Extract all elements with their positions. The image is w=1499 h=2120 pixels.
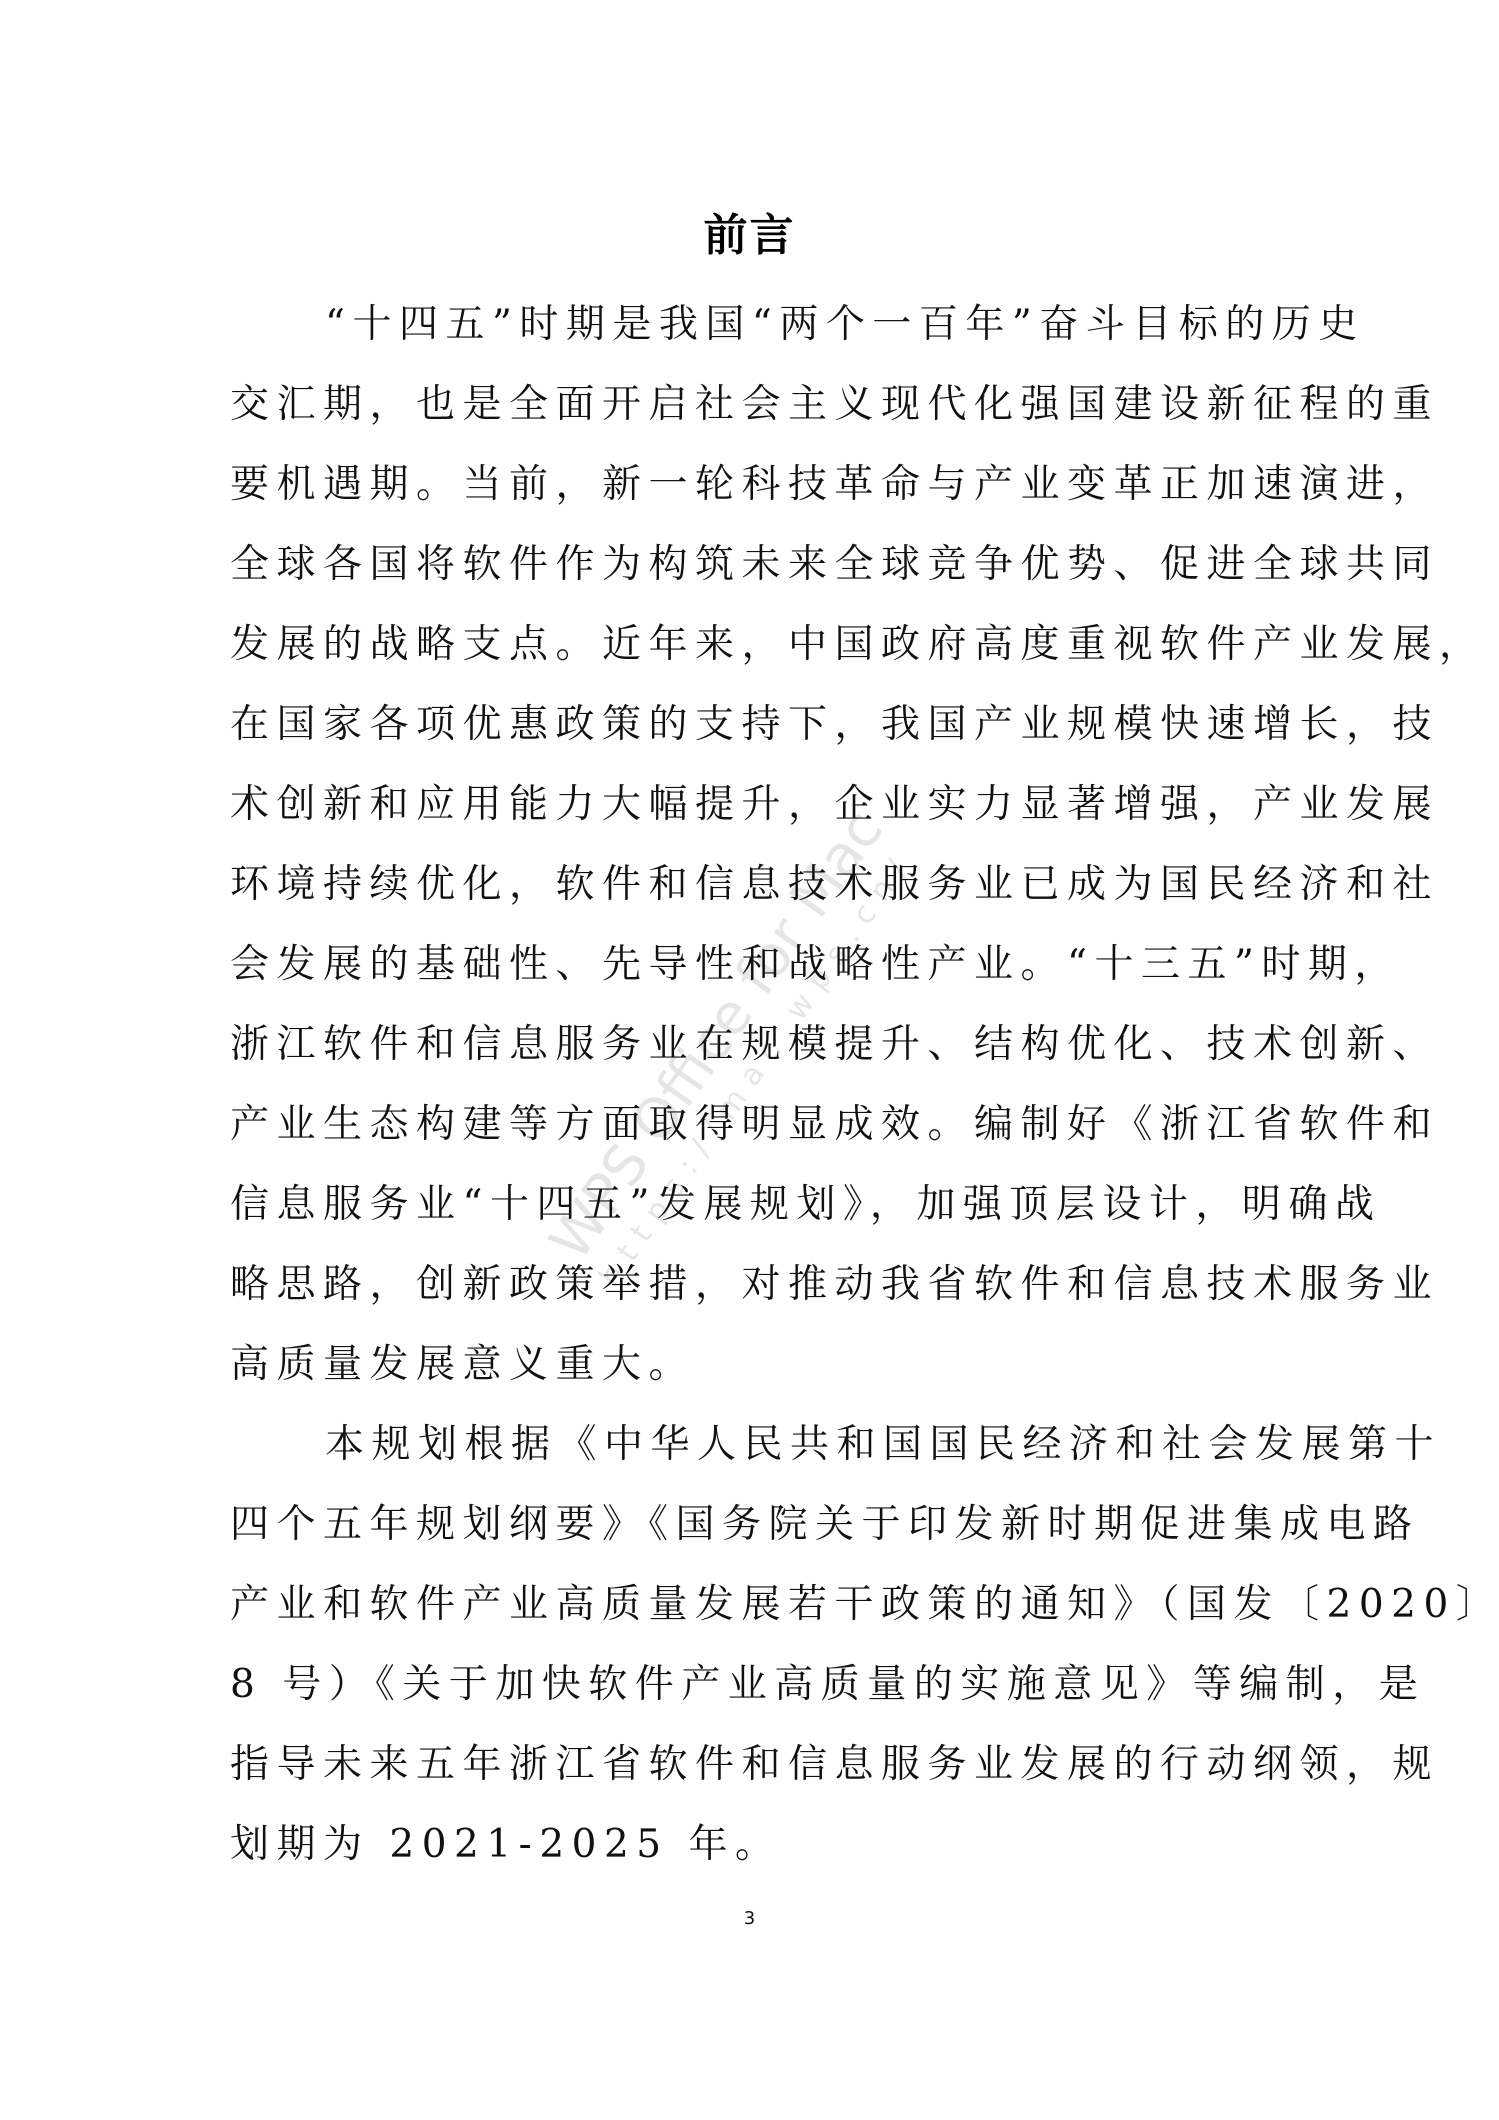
text-line: 浙江软件和信息服务业在规模提升、结构优化、技术创新、 [230,1020,1275,1100]
text-line: 略思路，创新政策举措，对推动我省软件和信息技术服务业 [230,1260,1275,1340]
text-line: 产业和软件产业高质量发展若干政策的通知》（国发〔2020〕 [230,1580,1275,1660]
text-line: 交汇期，也是全面开启社会主义现代化强国建设新征程的重 [230,380,1275,460]
text-line: 术创新和应用能力大幅提升，企业实力显著增强，产业发展 [230,780,1275,860]
page-title: 前言 [0,208,1499,264]
paragraph-2: 本规划根据《中华人民共和国国民经济和社会发展第十 四个五年规划纲要》《国务院关于… [230,1420,1275,1900]
text-line: 本规划根据《中华人民共和国国民经济和社会发展第十 [230,1420,1275,1500]
text-line: 指导未来五年浙江省软件和信息服务业发展的行动纲领，规 [230,1740,1275,1820]
document-body: “十四五”时期是我国“两个一百年”奋斗目标的历史 交汇期，也是全面开启社会主义现… [230,300,1275,1900]
text-line: 要机遇期。当前，新一轮科技革命与产业变革正加速演进， [230,460,1275,540]
paragraph-1: “十四五”时期是我国“两个一百年”奋斗目标的历史 交汇期，也是全面开启社会主义现… [230,300,1275,1420]
document-page: 前言 “十四五”时期是我国“两个一百年”奋斗目标的历史 交汇期，也是全面开启社会… [0,0,1499,2120]
text-line: 发展的战略支点。近年来，中国政府高度重视软件产业发展， [230,620,1275,700]
text-line: 8 号）《关于加快软件产业高质量的实施意见》等编制，是 [230,1660,1275,1740]
text-line: “十四五”时期是我国“两个一百年”奋斗目标的历史 [230,300,1275,380]
text-line: 产业生态构建等方面取得明显成效。编制好《浙江省软件和 [230,1100,1275,1180]
text-line: 在国家各项优惠政策的支持下，我国产业规模快速增长，技 [230,700,1275,780]
text-line: 高质量发展意义重大。 [230,1340,1275,1420]
text-line: 环境持续优化，软件和信息技术服务业已成为国民经济和社 [230,860,1275,940]
text-line: 划期为 2021-2025 年。 [230,1820,1275,1900]
page-number: 3 [0,1908,1499,1929]
text-line: 信息服务业“十四五”发展规划》，加强顶层设计，明确战 [230,1180,1275,1260]
text-line: 全球各国将软件作为构筑未来全球竞争优势、促进全球共同 [230,540,1275,620]
text-line: 四个五年规划纲要》《国务院关于印发新时期促进集成电路 [230,1500,1275,1580]
text-line: 会发展的基础性、先导性和战略性产业。“十三五”时期， [230,940,1275,1020]
